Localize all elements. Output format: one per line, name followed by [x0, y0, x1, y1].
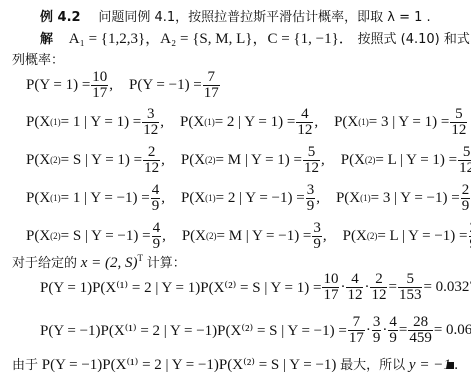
- prior-expr: P(Y = −1) =: [129, 77, 202, 94]
- solution-sets: A₁ = {1,2,3}，A₂ = {S, M, L}，C = {1, −1}．: [69, 31, 354, 47]
- fraction: 512: [303, 145, 320, 176]
- fraction: 39: [312, 221, 322, 252]
- transpose-mark: T: [138, 253, 144, 263]
- fraction: 717: [348, 315, 365, 346]
- fraction: 412: [346, 272, 363, 303]
- prior-row: P(Y = 1) = 1017, P(Y = −1) = 717: [26, 68, 237, 102]
- conclusion-expr: P(Y = −1)P(X⁽¹⁾ = 2 | Y = −1)P(X⁽²⁾ = S …: [42, 357, 337, 373]
- solution-line: 解 A₁ = {1,2,3}，A₂ = {S, M, L}，C = {1, −1…: [40, 30, 471, 49]
- qed-square-icon: [447, 362, 454, 369]
- fraction: 28459: [408, 315, 433, 346]
- fraction: 512: [458, 145, 471, 176]
- given-vector: x = (2, S): [81, 255, 138, 271]
- fraction: 49: [151, 183, 161, 214]
- cond-item: P(X(2) = S | Y = −1) =49,: [26, 221, 166, 252]
- fraction: 717: [203, 70, 220, 101]
- compute-decimal: = 0.0610: [434, 322, 471, 339]
- cond-item: P(X(2) = M | Y = 1) =512,: [181, 145, 325, 176]
- compute-lhs: P(Y = 1)P(X⁽¹⁾ = 2 | Y = 1)P(X⁽²⁾ = S | …: [40, 278, 321, 297]
- given-text: 对于给定的: [12, 256, 77, 271]
- compute-row-y1: P(Y = 1)P(X⁽¹⁾ = 2 | Y = 1)P(X⁽²⁾ = S | …: [40, 270, 471, 304]
- example-heading: 例 4.2 问题同例 4.1，按照拉普拉斯平滑估计概率，即取 λ = 1 .: [40, 8, 431, 27]
- prior-expr: P(Y = 1) =: [26, 77, 90, 94]
- fraction: 5153: [398, 272, 423, 303]
- cond-row-x2-y1: P(X(2) = S | Y = 1) =212, P(X(2) = M | Y…: [26, 143, 471, 177]
- prior-y1: P(Y = 1) = 1017,: [26, 70, 113, 101]
- conclusion-line: 由于 P(Y = −1)P(X⁽¹⁾ = 2 | Y = −1)P(X⁽²⁾ =…: [12, 356, 458, 375]
- cond-item: P(X(1) = 3 | Y = −1) =29: [336, 183, 471, 214]
- cond-item: P(X(2) = M | Y = −1) =39,: [182, 221, 327, 252]
- fraction: 39: [306, 183, 316, 214]
- example-label: 例 4.2: [40, 10, 81, 25]
- example-intro: 问题同例 4.1，按照拉普拉斯平滑估计概率，即取 λ = 1 .: [98, 10, 430, 25]
- given-text-post: 计算：: [147, 256, 186, 271]
- cond-item: P(X(1) = 2 | Y = 1) =412,: [180, 107, 318, 138]
- fraction: 39: [372, 315, 382, 346]
- cond-row-x2-yneg: P(X(2) = S | Y = −1) =49, P(X(2) = M | Y…: [26, 219, 471, 253]
- cond-item: P(X(1) = 1 | Y = −1) =49,: [26, 183, 165, 214]
- fraction: 412: [296, 107, 313, 138]
- conclusion-post: 最大，所以: [340, 358, 405, 373]
- fraction: 29: [461, 183, 471, 214]
- cond-item: P(X(2) = L | Y = 1) =512: [341, 145, 471, 176]
- cond-item: P(X(2) = S | Y = 1) =212,: [26, 145, 165, 176]
- prior-yneg: P(Y = −1) = 717: [129, 70, 221, 101]
- fraction: 49: [388, 315, 398, 346]
- solution-method: 按照式 (4.10) 和式 (4.11) 计算下: [358, 32, 471, 47]
- fraction: 49: [152, 221, 162, 252]
- cond-item: P(X(1) = 1 | Y = 1) =312,: [26, 107, 164, 138]
- conclusion-pre: 由于: [12, 358, 38, 373]
- fraction: 312: [142, 107, 159, 138]
- cond-item: P(X(1) = 3 | Y = 1) =512: [334, 107, 468, 138]
- solution-label: 解: [40, 32, 53, 47]
- fraction: 212: [143, 145, 160, 176]
- fraction: 1017: [91, 70, 108, 101]
- compute-decimal: = 0.0327: [423, 279, 471, 296]
- compute-lhs: P(Y = −1)P(X⁽¹⁾ = 2 | Y = −1)P(X⁽²⁾ = S …: [40, 321, 347, 340]
- fraction: 1017: [322, 272, 339, 303]
- fraction: 212: [370, 272, 387, 303]
- cond-item: P(X(1) = 2 | Y = −1) =39,: [181, 183, 320, 214]
- compute-row-yneg: P(Y = −1)P(X⁽¹⁾ = 2 | Y = −1)P(X⁽²⁾ = S …: [40, 313, 471, 347]
- cond-row-x1-yneg: P(X(1) = 1 | Y = −1) =49, P(X(1) = 2 | Y…: [26, 181, 471, 215]
- cond-item: P(X(2) = L | Y = −1) =29: [343, 221, 471, 252]
- cond-row-x1-y1: P(X(1) = 1 | Y = 1) =312, P(X(1) = 2 | Y…: [26, 105, 471, 139]
- fraction: 512: [450, 107, 467, 138]
